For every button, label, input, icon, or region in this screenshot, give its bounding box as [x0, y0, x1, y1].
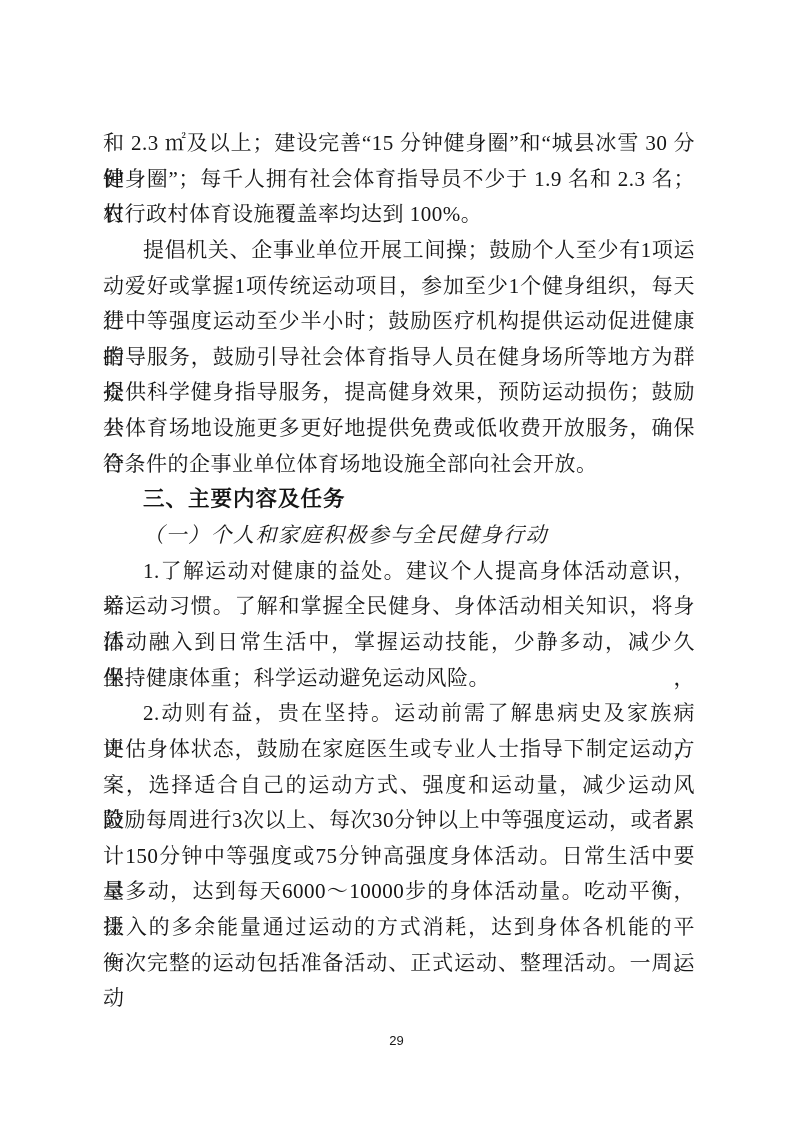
- text-line: 动爱好或掌握1项传统运动项目，参加至少1个健身组织，每天进: [103, 269, 695, 305]
- text-line: 摄入的多余能量通过运动的方式消耗，达到身体各机能的平衡。: [103, 910, 695, 946]
- text-line: 行中等强度运动至少半小时；鼓励医疗机构提供运动促进健康的: [103, 304, 695, 340]
- text-line: 养运动习惯。了解和掌握全民健身、身体活动相关知识，将身体: [103, 589, 695, 625]
- text-line: 指导服务，鼓励引导社会体育指导人员在健身场所等地方为群众: [103, 340, 695, 376]
- text-block: 和 2.3 ㎡及以上；建设完善“15 分钟健身圈”和“城县冰雪 30 分钟健身圈…: [103, 126, 695, 981]
- document-page: 和 2.3 ㎡及以上；建设完善“15 分钟健身圈”和“城县冰雪 30 分钟健身圈…: [0, 0, 793, 1122]
- text-line: 量多动，达到每天6000～10000步的身体活动量。吃动平衡，让: [103, 874, 695, 910]
- text-line: 提供科学健身指导服务，提高健身效果，预防运动损伤；鼓励公: [103, 375, 695, 411]
- text-line: 一次完整的运动包括准备活动、正式运动、整理活动。一周运动: [103, 946, 695, 982]
- text-line: 提倡机关、企事业单位开展工间操；鼓励个人至少有1项运: [103, 233, 695, 269]
- page-number: 29: [0, 1033, 793, 1048]
- text-line: 1.了解运动对健康的益处。建议个人提高身体活动意识，培: [103, 554, 695, 590]
- subsection-heading: （一）个人和家庭积极参与全民健身行动: [103, 518, 695, 554]
- text-line: 计150分钟中等强度或75分钟高强度身体活动。日常生活中要尽: [103, 839, 695, 875]
- text-line: 合条件的企事业单位体育场地设施全部向社会开放。: [103, 447, 695, 483]
- section-heading: 三、主要内容及任务: [103, 482, 695, 518]
- text-line: 活动融入到日常生活中，掌握运动技能，少静多动，减少久坐，: [103, 625, 695, 661]
- text-line: 鼓励每周进行3次以上、每次30分钟以上中等强度运动，或者累: [103, 803, 695, 839]
- text-line: 2.动则有益，贵在坚持。运动前需了解患病史及家族病史，: [103, 696, 695, 732]
- text-line: 和 2.3 ㎡及以上；建设完善“15 分钟健身圈”和“城县冰雪 30 分钟: [103, 126, 695, 162]
- text-line: 村行政村体育设施覆盖率均达到 100%。: [103, 197, 695, 233]
- text-line: 健身圈”；每千人拥有社会体育指导员不少于 1.9 名和 2.3 名；农: [103, 162, 695, 198]
- text-line: 共体育场地设施更多更好地提供免费或低收费开放服务，确保符: [103, 411, 695, 447]
- text-line: 案，选择适合自己的运动方式、强度和运动量，减少运动风险。: [103, 768, 695, 804]
- text-line: 评估身体状态，鼓励在家庭医生或专业人士指导下制定运动方: [103, 732, 695, 768]
